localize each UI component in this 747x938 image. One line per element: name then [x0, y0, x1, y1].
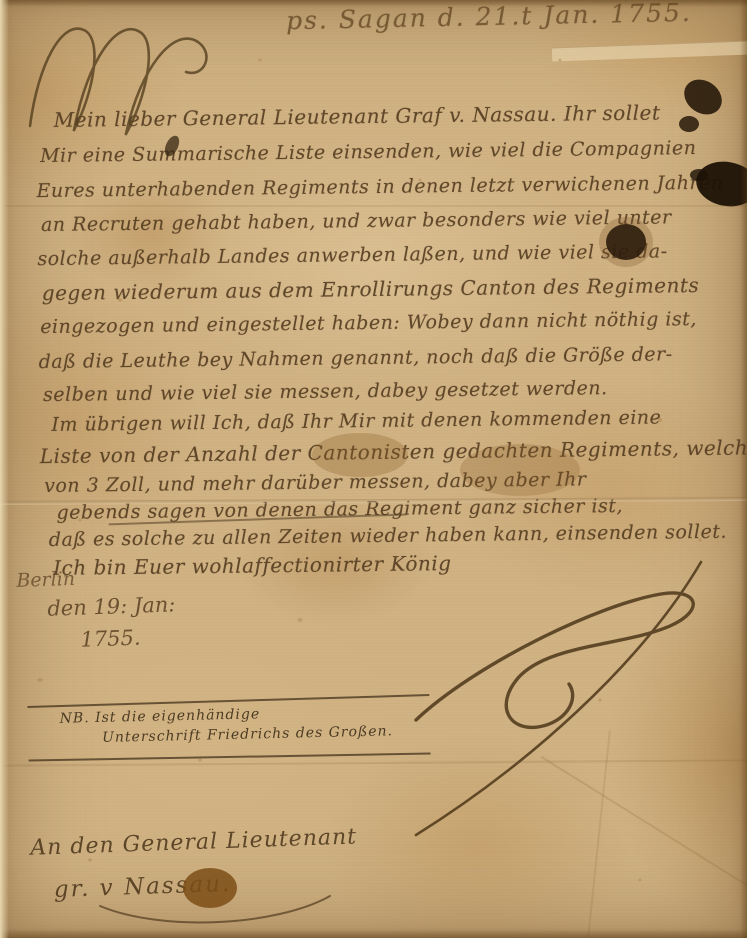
body-line: Ich bin Euer wohlaffectionirter König	[53, 551, 452, 580]
body-line: daß es solche zu allen Zeiten wieder hab…	[49, 521, 727, 551]
dateline-year: 1755.	[80, 626, 141, 652]
archival-note-line: Unterschrift Friedrichs des Großen.	[102, 723, 393, 746]
body-line: gegen wiederum aus dem Enrollirungs Cant…	[42, 273, 700, 305]
body-line: selben und wie viel sie messen, dabey ge…	[43, 377, 608, 406]
body-line: daß die Leuthe bey Nahmen genannt, noch …	[39, 343, 673, 373]
body-line: Mein lieber General Lieutenant Graf v. N…	[54, 100, 661, 131]
body-line: Mir eine Summarische Liste einsenden, wi…	[40, 137, 697, 167]
body-line: gebends sagen von denen das Regiment gan…	[56, 495, 623, 524]
letter-body: Mein lieber General Lieutenant Graf v. N…	[0, 0, 747, 938]
body-line: Liste von der Anzahl der Cantonisten ged…	[40, 435, 747, 468]
archival-note: NB. Ist die eigenhändige Unterschrift Fr…	[27, 689, 431, 770]
body-line: an Recruten gehabt haben, und zwar beson…	[41, 206, 672, 236]
dateline-place: Berlin	[16, 568, 75, 592]
dateline-date: den 19: Jan:	[47, 592, 176, 620]
archival-note-line: NB. Ist die eigenhändige	[60, 706, 261, 727]
body-line: Im übrigen will Ich, daß Ihr Mir mit den…	[51, 406, 661, 435]
letter-scan: ps. Sagan d. 21.t Jan. 1755. Mein lieber…	[0, 0, 747, 938]
body-line: solche außerhalb Landes anwerben laßen, …	[37, 240, 667, 270]
archival-note-rule-bottom	[29, 752, 431, 761]
body-line: eingezogen und eingestellet haben: Wobey…	[40, 308, 697, 338]
body-line: Eures unterhabenden Regiments in denen l…	[36, 172, 723, 202]
body-line: von 3 Zoll, und mehr darüber messen, dab…	[44, 468, 586, 497]
